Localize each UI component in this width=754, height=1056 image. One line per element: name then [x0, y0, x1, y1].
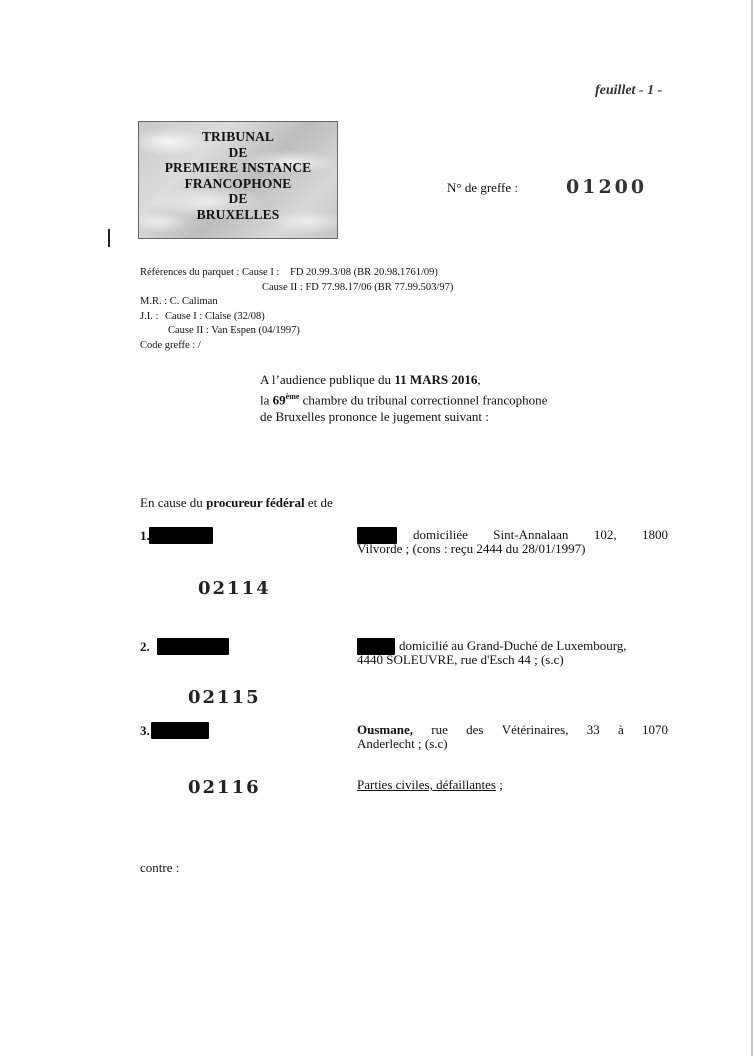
- ji-row: J.I. : Cause I : Claise (32/08): [140, 310, 453, 325]
- en-cause-line: En cause du procureur fédéral et de: [140, 495, 333, 511]
- ref-cause1-row: Références du parquet : Cause I : FD 20.…: [140, 266, 453, 281]
- party-1-address: domiciliée Sint-Annalaan 102, 1800 Vilvo…: [357, 528, 668, 556]
- page-edge: [751, 0, 753, 1056]
- redaction-block: [149, 527, 213, 544]
- references-block: Références du parquet : Cause I : FD 20.…: [140, 266, 453, 354]
- ji-cause2-row: Cause II : Van Espen (04/1997): [140, 324, 453, 339]
- redaction-block: [157, 638, 229, 655]
- civil-parties-line: Parties civiles, défaillantes ;: [357, 777, 503, 793]
- contre-label: contre :: [140, 860, 179, 876]
- ref-cause2-row: Cause II : FD 77.98.17/06 (BR 77.99.503/…: [140, 281, 453, 296]
- party-3-stamp: 02116: [188, 777, 261, 798]
- party-3-number: 3.: [140, 723, 150, 739]
- party-2-address: domicilié au Grand-Duché de Luxembourg, …: [357, 639, 668, 667]
- seal-line: TRIBUNAL: [139, 129, 337, 145]
- mr-row: M.R. : C. Caliman: [140, 295, 453, 310]
- party-1-stamp: 02114: [198, 578, 271, 599]
- seal-line: BRUXELLES: [139, 207, 337, 223]
- audience-paragraph: A l’audience publique du 11 MARS 2016, l…: [260, 371, 547, 425]
- party-2-stamp: 02115: [188, 687, 261, 708]
- party-3-address: Ousmane, rue des Vétérinaires, 33 à 1070…: [357, 723, 668, 751]
- seal-line: FRANCOPHONE: [139, 176, 337, 192]
- seal-line: DE: [139, 191, 337, 207]
- sheet-number: feuillet - 1 -: [595, 83, 662, 99]
- greffe-number: 01200: [566, 176, 647, 198]
- greffe-label: N° de greffe :: [447, 180, 518, 196]
- hearing-date: 11 MARS 2016: [394, 372, 477, 387]
- redaction-block: [151, 722, 209, 739]
- court-seal: TRIBUNAL DE PREMIERE INSTANCE FRANCOPHON…: [138, 121, 338, 239]
- seal-line: DE: [139, 145, 337, 161]
- margin-mark: [108, 229, 110, 247]
- code-greffe-row: Code greffe : /: [140, 339, 453, 354]
- seal-line: PREMIERE INSTANCE: [139, 160, 337, 176]
- party-2-number: 2.: [140, 639, 150, 655]
